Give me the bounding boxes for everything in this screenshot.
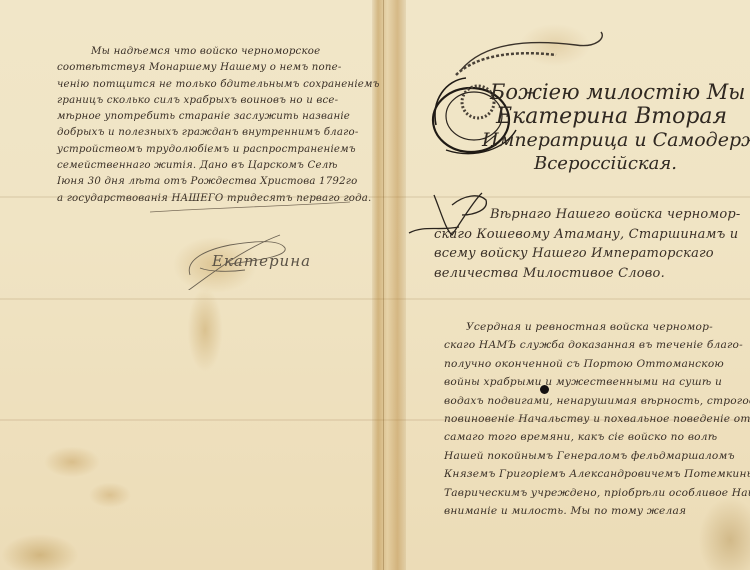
text-line: Таврическимъ учреждено, пріобрѣли особли… bbox=[444, 484, 750, 502]
text-line: водахъ подвигами, ненарушимая вѣрность, … bbox=[444, 392, 750, 410]
title-line-4: Всероссійская. bbox=[534, 153, 677, 174]
text-line: Княземъ Григоріемъ Александровичемъ Поте… bbox=[444, 465, 750, 483]
title-line-2: Екатерина Вторая bbox=[496, 104, 727, 129]
text-line: Нашей покойнымъ Генераломъ фельдмаршалом… bbox=[444, 447, 750, 465]
charter-body: Усердная и ревностная войска черномор- с… bbox=[444, 318, 750, 520]
text-line: Усердная и ревностная войска черномор- bbox=[444, 318, 750, 336]
address-line: величества Милостивое Слово. bbox=[434, 264, 750, 284]
page-edge bbox=[383, 0, 384, 570]
right-page: Божіею милостію Мы Екатерина Вторая Импе… bbox=[406, 0, 750, 570]
text-line: получно оконченной съ Портою Оттоманскою bbox=[444, 355, 750, 373]
text-line: скаго НАМЪ служба доказанная въ теченіе … bbox=[444, 336, 750, 354]
title-line-3: Императрица и Самодержица bbox=[482, 129, 750, 151]
text-line: вниманіе и милость. Мы по тому желая bbox=[444, 502, 750, 520]
title-line-1: Божіею милостію Мы bbox=[490, 80, 745, 104]
salutation-block: Вѣрнаго Нашего войска черномор- скаго Ко… bbox=[434, 205, 750, 283]
imperial-title-block: Божіею милостію Мы Екатерина Вторая Импе… bbox=[426, 30, 746, 180]
text-line: войны храбрыми и мужественными на сушѣ и bbox=[444, 373, 750, 391]
left-page: Мы надѣемся что войско черноморское соот… bbox=[0, 0, 372, 570]
text-line: повиновеніе Начальству и похвальное пове… bbox=[444, 410, 750, 428]
signature-text: Екатерина bbox=[212, 252, 311, 270]
ink-blot bbox=[540, 385, 549, 394]
ornamental-initial-v-icon bbox=[404, 185, 494, 255]
manuscript-spread: Мы надѣемся что войско черноморское соот… bbox=[0, 0, 750, 570]
text-line: самаго того времяни, какъ сіе войско по … bbox=[444, 428, 750, 446]
imperial-signature: Екатерина bbox=[180, 240, 350, 280]
